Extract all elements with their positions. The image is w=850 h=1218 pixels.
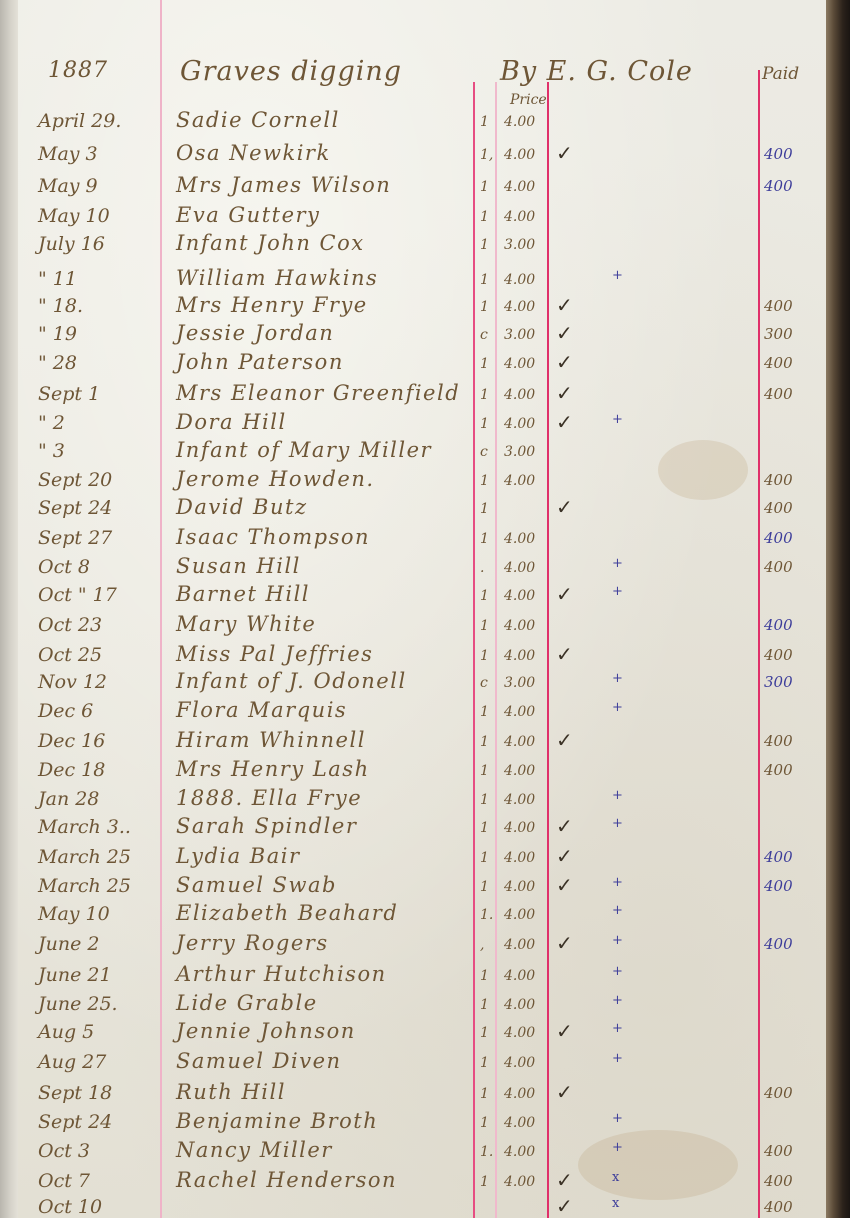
entry-count: 1 — [480, 416, 489, 432]
checkmark-icon: ✓ — [556, 1080, 573, 1104]
cross-mark-icon: + — [612, 556, 623, 571]
entry-paid: 400 — [764, 1142, 793, 1160]
cross-mark-icon: + — [612, 700, 623, 715]
entry-count: 1 — [480, 387, 489, 403]
entry-paid: 400 — [764, 354, 793, 372]
entry-price: 4.00 — [504, 648, 535, 664]
entry-price: 4.00 — [504, 997, 535, 1013]
cross-mark-icon: + — [612, 412, 623, 427]
entry-date: Oct 10 — [38, 1196, 102, 1218]
entry-date: Sept 24 — [38, 1111, 112, 1133]
entry-price: 4.00 — [504, 560, 535, 576]
entry-date: Oct 23 — [38, 614, 102, 636]
entry-count: 1 — [480, 531, 489, 547]
entry-count: 1 — [480, 792, 489, 808]
cross-mark-icon: + — [612, 584, 623, 599]
entry-paid: 400 — [764, 499, 793, 517]
entry-paid: 400 — [764, 471, 793, 489]
entry-count: 1 — [480, 1086, 489, 1102]
entry-date: March 25 — [38, 875, 131, 897]
ruling-line-date — [160, 0, 162, 1218]
entry-name: Nancy Miller — [176, 1138, 333, 1162]
entry-name: 1888. Ella Frye — [176, 786, 362, 810]
entry-count: 1 — [480, 648, 489, 664]
ledger-keeper: By E. G. Cole — [500, 56, 693, 87]
entry-date: Jan 28 — [38, 788, 99, 810]
entry-count: 1 — [480, 501, 489, 517]
entry-date: May 9 — [38, 175, 98, 197]
entry-name: Susan Hill — [176, 554, 301, 578]
entry-name: Infant John Cox — [176, 231, 365, 255]
entry-name: Lydia Bair — [176, 844, 301, 868]
cross-mark-icon: + — [612, 1140, 623, 1155]
entry-paid: 400 — [764, 732, 793, 750]
entry-count: 1 — [480, 968, 489, 984]
entry-date: June 21 — [38, 964, 112, 986]
entry-count: 1 — [480, 850, 489, 866]
entry-name: Eva Guttery — [176, 203, 320, 227]
entry-paid: 400 — [764, 1172, 793, 1190]
entry-paid: 400 — [764, 145, 793, 163]
entry-date: April 29. — [38, 110, 121, 132]
entry-date: May 10 — [38, 205, 110, 227]
entry-count: c — [480, 444, 488, 460]
ruling-line-paid — [758, 70, 760, 1218]
entry-name: Sarah Spindler — [176, 814, 357, 838]
entry-paid: 400 — [764, 646, 793, 664]
entry-name: Arthur Hutchison — [176, 962, 387, 986]
entry-paid: 400 — [764, 761, 793, 779]
entry-paid: 400 — [764, 1084, 793, 1102]
entry-count: 1 — [480, 114, 489, 130]
entry-name: Rachel Henderson — [176, 1168, 397, 1192]
entry-count: 1, — [480, 147, 493, 163]
entry-count: , — [480, 937, 484, 953]
entry-name: David Butz — [176, 495, 308, 519]
entry-date: March 3.. — [38, 816, 131, 838]
entry-paid: 400 — [764, 529, 793, 547]
checkmark-icon: ✓ — [556, 321, 573, 345]
ledger-page — [18, 0, 826, 1218]
entry-price: 4.00 — [504, 209, 535, 225]
entry-name: Jerome Howden. — [176, 467, 375, 491]
ruling-line-price-right — [547, 82, 549, 1218]
entry-date: " 11 — [38, 268, 77, 290]
entry-count: 1 — [480, 879, 489, 895]
entry-price: 4.00 — [504, 387, 535, 403]
cross-mark-icon: + — [612, 1051, 623, 1066]
entry-count: 1 — [480, 356, 489, 372]
cross-mark-icon: + — [612, 933, 623, 948]
entry-date: Sept 18 — [38, 1082, 112, 1104]
previous-page-edge — [0, 0, 18, 1218]
entry-price: 4.00 — [504, 114, 535, 130]
entry-price: 4.00 — [504, 1055, 535, 1071]
checkmark-icon: ✓ — [556, 141, 573, 165]
entry-price: 4.00 — [504, 704, 535, 720]
entry-count: 1 — [480, 820, 489, 836]
checkmark-icon: ✓ — [556, 728, 573, 752]
checkmark-icon: ✓ — [556, 582, 573, 606]
entry-name: Lide Grable — [176, 991, 318, 1015]
checkmark-icon: ✓ — [556, 873, 573, 897]
entry-paid: 300 — [764, 325, 793, 343]
entry-paid: 400 — [764, 385, 793, 403]
entry-price: 4.00 — [504, 820, 535, 836]
ruling-line-count — [473, 82, 475, 1218]
entry-name: Osa Newkirk — [176, 141, 331, 165]
entry-name: Mrs Henry Frye — [176, 293, 368, 317]
entry-price: 4.00 — [504, 907, 535, 923]
entry-count: 1 — [480, 704, 489, 720]
entry-name: Mrs Eleanor Greenfield — [176, 381, 460, 405]
entry-name: Mrs James Wilson — [176, 173, 391, 197]
entry-date: Dec 16 — [38, 730, 105, 752]
entry-date: Oct 7 — [38, 1170, 90, 1192]
cross-mark-icon: x — [612, 1196, 619, 1211]
entry-count: c — [480, 327, 488, 343]
entry-price: 4.00 — [504, 1025, 535, 1041]
entry-name: Mrs Henry Lash — [176, 757, 370, 781]
checkmark-icon: ✓ — [556, 1194, 573, 1218]
entry-paid: 400 — [764, 177, 793, 195]
entry-count: 1 — [480, 179, 489, 195]
entry-price: 4.00 — [504, 1174, 535, 1190]
entry-date: " 2 — [38, 412, 65, 434]
entry-name: Flora Marquis — [176, 698, 347, 722]
entry-date: Oct " 17 — [38, 584, 117, 606]
entry-date: Sept 24 — [38, 497, 112, 519]
ledger-year: 1887 — [48, 58, 108, 83]
entry-name: Elizabeth Beahard — [176, 901, 398, 925]
checkmark-icon: ✓ — [556, 931, 573, 955]
entry-count: 1 — [480, 734, 489, 750]
entry-price: 4.00 — [504, 416, 535, 432]
entry-name: Miss Pal Jeffries — [176, 642, 373, 666]
cross-mark-icon: + — [612, 1111, 623, 1126]
checkmark-icon: ✓ — [556, 495, 573, 519]
cross-mark-icon: + — [612, 816, 623, 831]
entry-date: May 10 — [38, 903, 110, 925]
checkmark-icon: ✓ — [556, 642, 573, 666]
entry-date: July 16 — [38, 233, 105, 255]
entry-price: 4.00 — [504, 734, 535, 750]
entry-count: 1. — [480, 1144, 493, 1160]
entry-paid: 400 — [764, 297, 793, 315]
entry-date: June 2 — [38, 933, 99, 955]
entry-price: 4.00 — [504, 879, 535, 895]
entry-price: 4.00 — [504, 850, 535, 866]
entry-count: c — [480, 675, 488, 691]
checkmark-icon: ✓ — [556, 1168, 573, 1192]
entry-date: Sept 1 — [38, 383, 100, 405]
entry-date: Oct 8 — [38, 556, 90, 578]
cross-mark-icon: + — [612, 671, 623, 686]
entry-price: 4.00 — [504, 1144, 535, 1160]
entry-name: Isaac Thompson — [176, 525, 370, 549]
entry-date: Aug 5 — [38, 1021, 94, 1043]
entry-date: May 3 — [38, 143, 98, 165]
entry-paid: 400 — [764, 877, 793, 895]
entry-date: Dec 18 — [38, 759, 105, 781]
entry-name: Hiram Whinnell — [176, 728, 366, 752]
entry-name: Mary White — [176, 612, 316, 636]
checkmark-icon: ✓ — [556, 844, 573, 868]
entry-name: Infant of J. Odonell — [176, 669, 407, 693]
entry-price: 4.00 — [504, 272, 535, 288]
entry-date: Sept 27 — [38, 527, 112, 549]
entry-name: Samuel Diven — [176, 1049, 342, 1073]
entry-price: 4.00 — [504, 588, 535, 604]
entry-name: Jennie Johnson — [176, 1019, 356, 1043]
entry-date: Oct 3 — [38, 1140, 90, 1162]
entry-price: 3.00 — [504, 675, 535, 691]
entry-count: 1 — [480, 272, 489, 288]
entry-paid: 400 — [764, 1198, 793, 1216]
entry-count: 1 — [480, 237, 489, 253]
cross-mark-icon: + — [612, 268, 623, 283]
entry-price: 4.00 — [504, 299, 535, 315]
entry-date: Sept 20 — [38, 469, 112, 491]
entry-date: June 25. — [38, 993, 118, 1015]
checkmark-icon: ✓ — [556, 410, 573, 434]
entry-count: 1 — [480, 618, 489, 634]
entry-count: 1 — [480, 1025, 489, 1041]
entry-date: Nov 12 — [38, 671, 107, 693]
entry-count: 1 — [480, 299, 489, 315]
entry-name: Dora Hill — [176, 410, 287, 434]
cross-mark-icon: x — [612, 1170, 619, 1185]
entry-count: . — [480, 560, 484, 576]
entry-date: " 19 — [38, 323, 77, 345]
checkmark-icon: ✓ — [556, 293, 573, 317]
paper-stain — [658, 440, 748, 500]
entry-date: Aug 27 — [38, 1051, 106, 1073]
entry-price: 4.00 — [504, 1115, 535, 1131]
entry-date: " 3 — [38, 440, 65, 462]
entry-price: 4.00 — [504, 147, 535, 163]
entry-date: Dec 6 — [38, 700, 93, 722]
entry-count: 1 — [480, 763, 489, 779]
cross-mark-icon: + — [612, 1021, 623, 1036]
entry-name: Benjamine Broth — [176, 1109, 378, 1133]
entry-name: William Hawkins — [176, 266, 378, 290]
entry-price: 4.00 — [504, 763, 535, 779]
book-binding — [826, 0, 850, 1218]
checkmark-icon: ✓ — [556, 1019, 573, 1043]
entry-price: 4.00 — [504, 356, 535, 372]
cross-mark-icon: + — [612, 788, 623, 803]
entry-count: 1 — [480, 209, 489, 225]
entry-count: 1 — [480, 997, 489, 1013]
cross-mark-icon: + — [612, 993, 623, 1008]
entry-paid: 400 — [764, 935, 793, 953]
entry-name: Ruth Hill — [176, 1080, 286, 1104]
entry-name: John Paterson — [176, 350, 344, 374]
cross-mark-icon: + — [612, 875, 623, 890]
price-column-header: Price — [510, 92, 547, 108]
entry-count: 1 — [480, 1115, 489, 1131]
entry-name: Infant of Mary Miller — [176, 438, 432, 462]
entry-date: March 25 — [38, 846, 131, 868]
entry-price: 4.00 — [504, 531, 535, 547]
entry-price: 4.00 — [504, 792, 535, 808]
entry-price: 4.00 — [504, 179, 535, 195]
entry-paid: 400 — [764, 616, 793, 634]
entry-price: 4.00 — [504, 937, 535, 953]
entry-count: 1 — [480, 588, 489, 604]
entry-price: 4.00 — [504, 473, 535, 489]
entry-date: Oct 25 — [38, 644, 102, 666]
cross-mark-icon: + — [612, 903, 623, 918]
entry-count: 1 — [480, 473, 489, 489]
entry-name: Jerry Rogers — [176, 931, 329, 955]
entry-price: 3.00 — [504, 327, 535, 343]
entry-price: 4.00 — [504, 618, 535, 634]
entry-date: " 28 — [38, 352, 77, 374]
entry-price: 3.00 — [504, 444, 535, 460]
checkmark-icon: ✓ — [556, 350, 573, 374]
paper-stain — [578, 1130, 738, 1200]
paid-column-header: Paid — [762, 64, 799, 84]
checkmark-icon: ✓ — [556, 814, 573, 838]
ruling-line-price-left — [495, 82, 497, 1218]
entry-name: Barnet Hill — [176, 582, 310, 606]
entry-count: 1 — [480, 1174, 489, 1190]
entry-date: " 18. — [38, 295, 83, 317]
entry-paid: 400 — [764, 848, 793, 866]
entry-paid: 400 — [764, 558, 793, 576]
entry-price: 4.00 — [504, 968, 535, 984]
entry-price: 3.00 — [504, 237, 535, 253]
ledger-title: Graves digging — [180, 56, 402, 87]
entry-name: Jessie Jordan — [176, 321, 334, 345]
entry-name: Samuel Swab — [176, 873, 337, 897]
entry-name: Sadie Cornell — [176, 108, 340, 132]
entry-count: 1 — [480, 1055, 489, 1071]
entry-count: 1. — [480, 907, 493, 923]
cross-mark-icon: + — [612, 964, 623, 979]
checkmark-icon: ✓ — [556, 381, 573, 405]
entry-paid: 300 — [764, 673, 793, 691]
entry-price: 4.00 — [504, 1086, 535, 1102]
